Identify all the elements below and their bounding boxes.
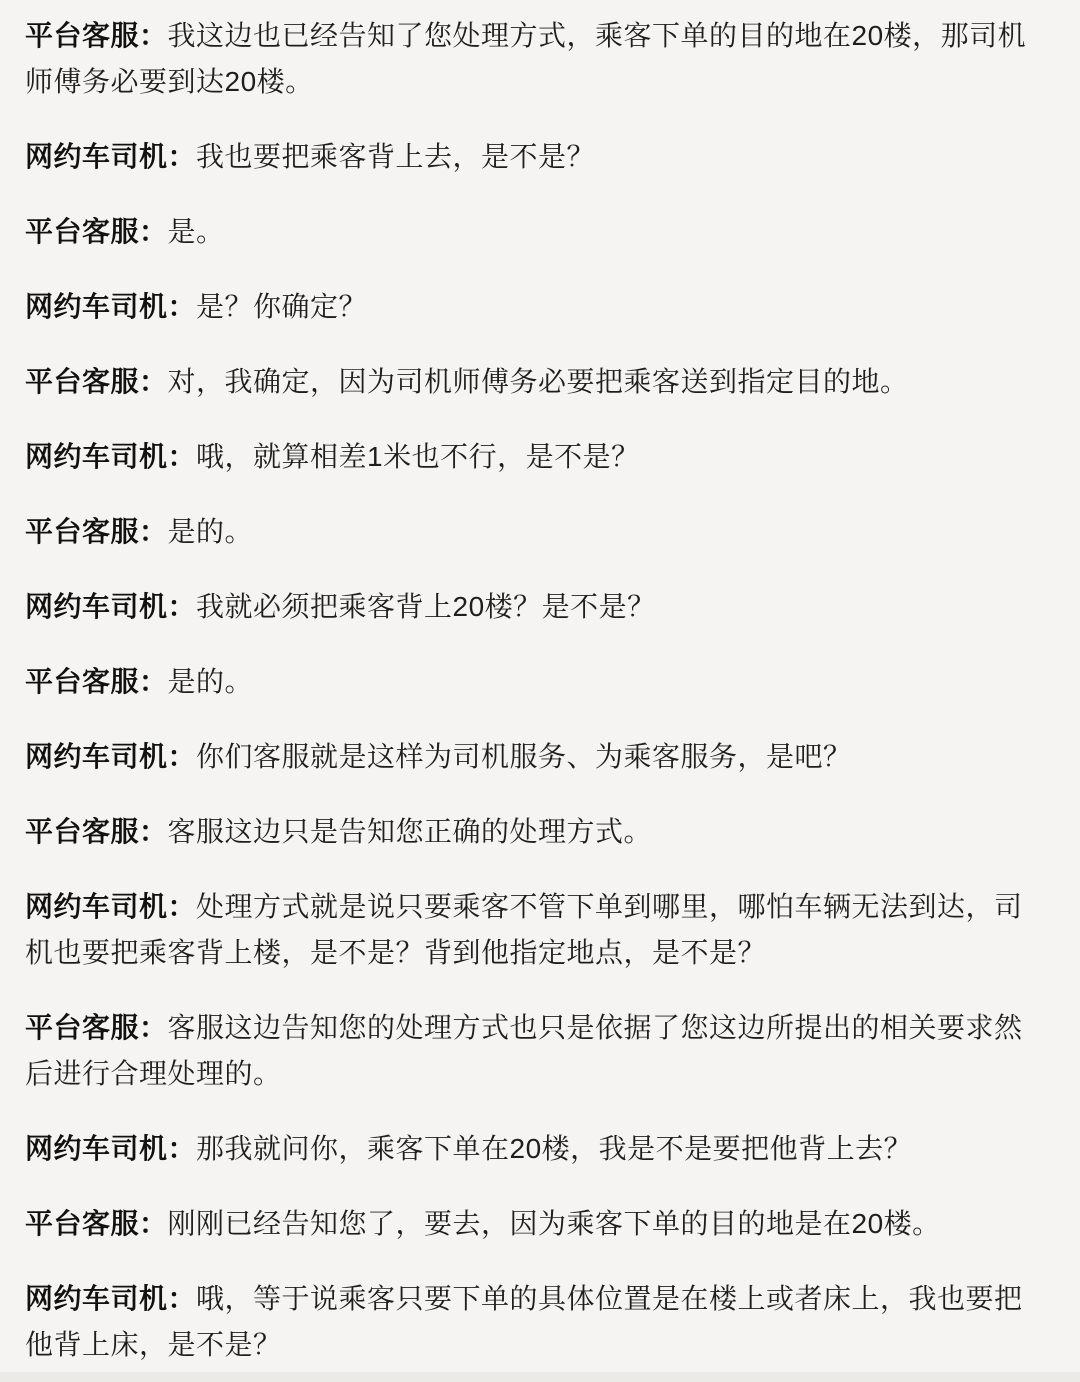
- dialogue-line: 网约车司机：哦，就算相差1米也不行，是不是？: [25, 434, 1044, 480]
- dialogue-line: 平台客服：对，我确定，因为司机师傅务必要把乘客送到指定目的地。: [25, 359, 1044, 405]
- dialogue-text: 刚刚已经告知您了，要去，因为乘客下单的目的地是在20楼。: [168, 1208, 941, 1239]
- dialogue-text: 我这边也已经告知了您处理方式，乘客下单的目的地在20楼，那司机师傅务必要到达20…: [25, 20, 1026, 97]
- dialogue-text: 你们客服就是这样为司机服务、为乘客服务，是吧？: [196, 741, 852, 772]
- dialogue-line: 网约车司机：那我就问你，乘客下单在20楼，我是不是要把他背上去？: [25, 1126, 1044, 1172]
- speaker-label: 网约车司机：: [25, 591, 196, 622]
- dialogue-text: 是。: [168, 216, 225, 247]
- bottom-edge-strip: [0, 1372, 1080, 1382]
- dialogue-line: 平台客服：是。: [25, 209, 1044, 255]
- speaker-label: 网约车司机：: [25, 891, 196, 922]
- speaker-label: 网约车司机：: [25, 1283, 196, 1314]
- speaker-label: 平台客服：: [25, 216, 168, 247]
- dialogue-lines: 平台客服：我这边也已经告知了您处理方式，乘客下单的目的地在20楼，那司机师傅务必…: [25, 13, 1044, 1368]
- dialogue-line: 平台客服：是的。: [25, 659, 1044, 705]
- dialogue-text: 对，我确定，因为司机师傅务必要把乘客送到指定目的地。: [168, 366, 909, 397]
- dialogue-text: 客服这边告知您的处理方式也只是依据了您这边所提出的相关要求然后进行合理处理的。: [25, 1012, 1023, 1089]
- speaker-label: 平台客服：: [25, 20, 168, 51]
- speaker-label: 平台客服：: [25, 366, 168, 397]
- dialogue-line: 网约车司机：哦，等于说乘客只要下单的具体位置是在楼上或者床上，我也要把他背上床，…: [25, 1276, 1044, 1368]
- speaker-label: 网约车司机：: [25, 291, 196, 322]
- speaker-label: 平台客服：: [25, 516, 168, 547]
- dialogue-line: 平台客服：刚刚已经告知您了，要去，因为乘客下单的目的地是在20楼。: [25, 1201, 1044, 1247]
- speaker-label: 平台客服：: [25, 1208, 168, 1239]
- dialogue-line: 网约车司机：你们客服就是这样为司机服务、为乘客服务，是吧？: [25, 734, 1044, 780]
- speaker-label: 平台客服：: [25, 1012, 168, 1043]
- speaker-label: 网约车司机：: [25, 741, 196, 772]
- dialogue-line: 网约车司机：是？你确定？: [25, 284, 1044, 330]
- speaker-label: 网约车司机：: [25, 1133, 196, 1164]
- dialogue-text: 哦，就算相差1米也不行，是不是？: [196, 441, 640, 472]
- dialogue-text: 客服这边只是告知您正确的处理方式。: [168, 816, 653, 847]
- speaker-label: 平台客服：: [25, 666, 168, 697]
- speaker-label: 网约车司机：: [25, 441, 196, 472]
- speaker-label: 平台客服：: [25, 816, 168, 847]
- dialogue-line: 平台客服：是的。: [25, 509, 1044, 555]
- dialogue-line: 平台客服：我这边也已经告知了您处理方式，乘客下单的目的地在20楼，那司机师傅务必…: [25, 13, 1044, 105]
- speaker-label: 网约车司机：: [25, 141, 196, 172]
- dialogue-text: 我就必须把乘客背上20楼？是不是？: [196, 591, 656, 622]
- dialogue-line: 平台客服：客服这边只是告知您正确的处理方式。: [25, 809, 1044, 855]
- dialogue-text: 是？你确定？: [196, 291, 367, 322]
- dialogue-text: 我也要把乘客背上去，是不是？: [196, 141, 595, 172]
- dialogue-line: 网约车司机：我也要把乘客背上去，是不是？: [25, 134, 1044, 180]
- dialogue-text: 是的。: [168, 516, 254, 547]
- dialogue-line: 平台客服：客服这边告知您的处理方式也只是依据了您这边所提出的相关要求然后进行合理…: [25, 1005, 1044, 1097]
- dialogue-text: 那我就问你，乘客下单在20楼，我是不是要把他背上去？: [196, 1133, 912, 1164]
- dialogue-text: 是的。: [168, 666, 254, 697]
- dialogue-line: 网约车司机：处理方式就是说只要乘客不管下单到哪里，哪怕车辆无法到达，司机也要把乘…: [25, 884, 1044, 976]
- dialogue-line: 网约车司机：我就必须把乘客背上20楼？是不是？: [25, 584, 1044, 630]
- dialogue-transcript: 平台客服：我这边也已经告知了您处理方式，乘客下单的目的地在20楼，那司机师傅务必…: [0, 0, 1080, 1368]
